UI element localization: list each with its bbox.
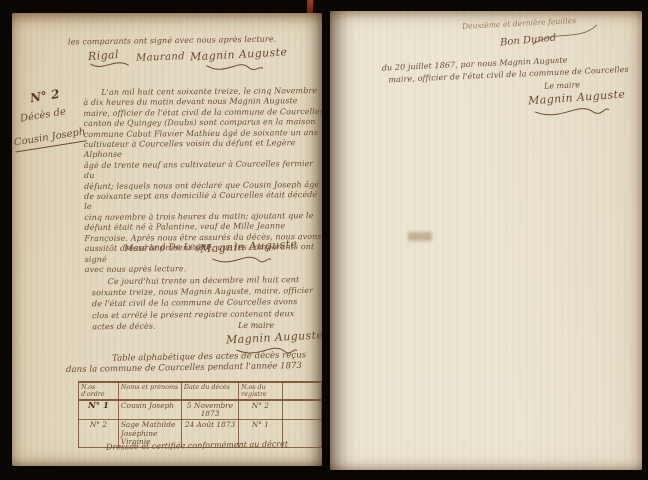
paraphe-signature: Bon Dunod [500, 33, 557, 49]
col-header-empty [282, 382, 321, 400]
signature-maurand-text: Maurand [136, 51, 185, 64]
register-visa-paragraph: du 20 juillet 1867, par nous Magnin Augu… [382, 51, 639, 86]
signature-magnin-visa: Magnin Auguste [528, 88, 626, 108]
lecture-line: les comparants ont signé avec nous après… [68, 35, 276, 48]
signature-rigal: Rigal [88, 48, 120, 63]
margin-act-number: N° 2 [29, 87, 60, 105]
register-scan: les comparants ont signé avec nous après… [0, 0, 648, 480]
signature-flourish-icon [88, 58, 131, 73]
table-title-line2: dans la commune de Courcelles pendant l'… [66, 361, 302, 375]
col-header-ordre: N.os d'ordre [79, 382, 119, 400]
table-row: N° 1 Cousin Joseph 5 Novembre 1873 N° 2 [79, 400, 322, 420]
signature-maurand: Maurand [136, 51, 185, 64]
closing-role-label: Le maire [238, 321, 274, 330]
col-header-registre: N.os du registre [239, 382, 282, 400]
margin-deceased-name: Cousin Joseph [13, 126, 86, 152]
margin-deces-de: Décès de [19, 106, 66, 124]
register-closing-paragraph: Ce jourd'hui trente un décembre mil huit… [92, 274, 322, 333]
act-line: âgé de trente neuf ans cultivateur à Cou… [84, 159, 322, 182]
signature-flourish-icon [204, 59, 265, 78]
closing-line: clos et arrêté le présent registre conte… [92, 307, 322, 321]
signature-magnin-closing: Magnin Auguste [226, 328, 322, 346]
signature-magnin-top: Magnin Auguste [190, 45, 288, 63]
cell-empty [282, 400, 321, 420]
right-page: Deuxième et dernière feuilles Bon Dunod … [330, 11, 642, 470]
cell-registre: N° 2 [239, 400, 282, 420]
certification-line: Dressée et certifiée conformément au déc… [106, 439, 288, 451]
cell-ordre: N° 1 [79, 400, 119, 420]
col-header-date: Date du décès [181, 382, 238, 400]
act-line: cultivateur à Courcelles voisin du défun… [84, 138, 322, 161]
cell-noms: Cousin Joseph [118, 400, 181, 420]
cell-date: 5 Novembre 1873 [181, 400, 238, 420]
signature-flourish-icon [210, 251, 273, 270]
act-line: de soixante sept ans domicilié à Courcel… [84, 190, 322, 213]
left-page: les comparants ont signé avec nous après… [12, 13, 322, 466]
faint-stamp [408, 232, 432, 241]
col-header-noms: Noms et prénoms [118, 382, 181, 400]
deaths-index-table: N.os d'ordre Noms et prénoms Date du déc… [78, 381, 322, 448]
table-header-row: N.os d'ordre Noms et prénoms Date du déc… [79, 382, 322, 400]
visa-role-label: Le maire [544, 80, 580, 90]
